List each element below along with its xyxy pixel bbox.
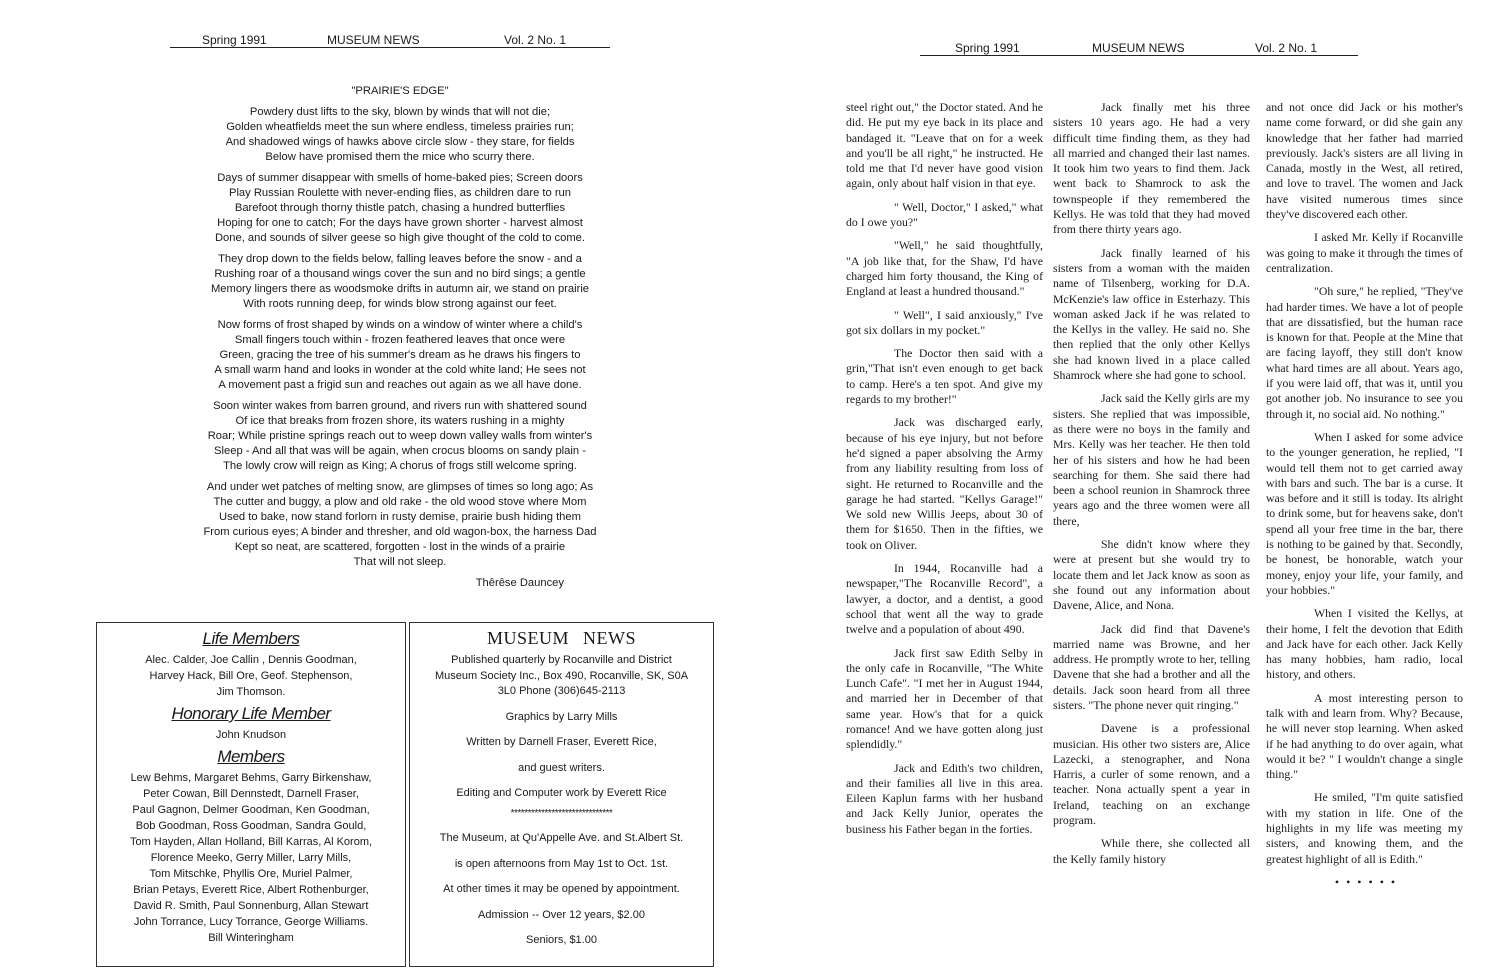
poem-line: Hoping for one to catch; For the days ha… — [150, 216, 650, 231]
article-paragraph: Jack first saw Edith Selby in the only c… — [846, 646, 1043, 753]
header-title: MUSEUM NEWS — [1092, 41, 1185, 55]
poem-line: Golden wheatfields meet the sun where en… — [150, 120, 650, 135]
masthead-title: MUSEUMNEWS — [410, 627, 713, 649]
poem-line: Done, and sounds of silver geese so high… — [150, 231, 650, 246]
article-paragraph: Jack said the Kelly girls are my sisters… — [1053, 391, 1250, 529]
poem-line: Green, gracing the tree of his summer's … — [150, 348, 650, 363]
article-paragraph: The Doctor then said with a grin,"That i… — [846, 346, 1043, 407]
article-column-2: Jack finally met his three sisters 10 ye… — [1053, 100, 1250, 875]
poem-line: Below have promised them the mice who sc… — [150, 150, 650, 165]
poem-line: That will not sleep. — [150, 555, 650, 570]
poem-stanza: Soon winter wakes from barren ground, an… — [150, 399, 650, 474]
poem-line: Barefoot through thorny thistle patch, c… — [150, 201, 650, 216]
article-paragraph: " Well, Doctor," I asked," what do I owe… — [846, 200, 1043, 231]
article-column-3: and not once did Jack or his mother's na… — [1266, 100, 1463, 890]
member-line: Brian Petays, Everett Rice, Albert Rothe… — [105, 882, 397, 898]
poem-line: A small warm hand and looks in wonder at… — [150, 363, 650, 378]
honorary-member-line: John Knudson — [105, 727, 397, 743]
member-line: Bob Goodman, Ross Goodman, Sandra Gould, — [105, 818, 397, 834]
member-line: Paul Gagnon, Delmer Goodman, Ken Goodman… — [105, 802, 397, 818]
poem-line: The lowly crow will reign as King; A cho… — [150, 459, 650, 474]
member-line: Tom Mitschke, Phyllis Ore, Muriel Palmer… — [105, 866, 397, 882]
poem-line: Kept so neat, are scattered, forgotten -… — [150, 540, 650, 555]
poem-line: Powdery dust lifts to the sky, blown by … — [150, 105, 650, 120]
masthead-title-word1: MUSEUM — [487, 628, 569, 648]
honorary-member-heading: Honorary Life Member — [97, 704, 405, 724]
publisher-line: Published quarterly by Rocanville and Di… — [414, 653, 709, 669]
poem-line: With roots running deep, for winds blow … — [150, 297, 650, 312]
article-paragraph: steel right out," the Doctor stated. And… — [846, 100, 1043, 192]
header-title: MUSEUM NEWS — [327, 33, 420, 47]
member-line: Peter Cowan, Bill Dennstedt, Darnell Fra… — [105, 786, 397, 802]
member-line: Florence Meeko, Gerry Miller, Larry Mill… — [105, 850, 397, 866]
life-member-line: Jim Thomson. — [105, 684, 397, 700]
life-member-line: Harvey Hack, Bill Ore, Geof. Stephenson, — [105, 668, 397, 684]
poem-stanza: Powdery dust lifts to the sky, blown by … — [150, 105, 650, 165]
poem-line: Memory lingers there as woodsmoke drifts… — [150, 282, 650, 297]
written-credit: Written by Darnell Fraser, Everett Rice, — [410, 735, 713, 751]
poem-line: A movement past a frigid sun and reaches… — [150, 378, 650, 393]
guest-writers: and guest writers. — [410, 761, 713, 777]
poem-stanza: Days of summer disappear with smells of … — [150, 171, 650, 246]
poem-line: Soon winter wakes from barren ground, an… — [150, 399, 650, 414]
member-line: John Torrance, Lucy Torrance, George Wil… — [105, 914, 397, 930]
poem-line: Now forms of frost shaped by winds on a … — [150, 318, 650, 333]
article-paragraph: " Well", I said anxiously," I've got six… — [846, 308, 1043, 339]
museum-appointment: At other times it may be opened by appoi… — [410, 882, 713, 898]
poem-line: The cutter and buggy, a plow and old rak… — [150, 495, 650, 510]
right-page: Spring 1991 MUSEUM NEWS Vol. 2 No. 1 ste… — [750, 0, 1500, 971]
article-paragraph: "Well," he said thoughtfully, "A job lik… — [846, 238, 1043, 299]
header-volume: Vol. 2 No. 1 — [1255, 41, 1317, 55]
poem-line: They drop down to the fields below, fall… — [150, 252, 650, 267]
life-members-heading: Life Members — [97, 629, 405, 649]
poem-line: From curious eyes; A binder and thresher… — [150, 525, 650, 540]
poem-line: Play Russian Roulette with never-ending … — [150, 186, 650, 201]
member-line: David R. Smith, Paul Sonnenburg, Allan S… — [105, 898, 397, 914]
member-line: Lew Behms, Margaret Behms, Garry Birkens… — [105, 770, 397, 786]
header-volume: Vol. 2 No. 1 — [504, 33, 566, 47]
article-paragraph: "Oh sure," he replied, "They've had hard… — [1266, 284, 1463, 422]
article-paragraph: In 1944, Rocanville had a newspaper,"The… — [846, 561, 1043, 637]
poem-line: Rushing roar of a thousand wings cover t… — [150, 267, 650, 282]
article-paragraph: He smiled, "I'm quite satisfied with my … — [1266, 790, 1463, 866]
museum-location: The Museum, at Qu'Appelle Ave. and St.Al… — [410, 831, 713, 847]
poem-line: Days of summer disappear with smells of … — [150, 171, 650, 186]
separator: ****************************** — [410, 806, 713, 822]
poem-author: Thêrêse Dauncey — [150, 576, 650, 591]
poem-line: Used to bake, now stand forlorn in rusty… — [150, 510, 650, 525]
article-paragraph: Jack was discharged early, because of hi… — [846, 415, 1043, 553]
poem-line: Sleep - And all that was will be again, … — [150, 444, 650, 459]
article-paragraph: A most interesting person to talk with a… — [1266, 691, 1463, 783]
article-column-1: steel right out," the Doctor stated. And… — [846, 100, 1043, 845]
poem: "PRAIRIE'S EDGE" Powdery dust lifts to t… — [150, 84, 650, 591]
poem-stanzas: Powdery dust lifts to the sky, blown by … — [150, 105, 650, 570]
poem-line: Of ice that breaks from frozen shore, it… — [150, 414, 650, 429]
poem-title: "PRAIRIE'S EDGE" — [150, 84, 650, 99]
honorary-members-list: John Knudson — [97, 727, 405, 743]
article-paragraph: Jack and Edith's two children, and their… — [846, 761, 1043, 837]
museum-hours: is open afternoons from May 1st to Oct. … — [410, 857, 713, 873]
article-paragraph: and not once did Jack or his mother's na… — [1266, 100, 1463, 222]
left-page: Spring 1991 MUSEUM NEWS Vol. 2 No. 1 "PR… — [0, 0, 750, 971]
article-paragraph: I asked Mr. Kelly if Rocanville was goin… — [1266, 230, 1463, 276]
masthead-box: MUSEUMNEWS Published quarterly by Rocanv… — [409, 622, 714, 967]
header-season: Spring 1991 — [955, 41, 1020, 55]
poem-line: And under wet patches of melting snow, a… — [150, 480, 650, 495]
life-member-line: Alec. Calder, Joe Callin , Dennis Goodma… — [105, 652, 397, 668]
members-heading: Members — [97, 747, 405, 767]
article-paragraph: She didn't know where they were at prese… — [1053, 537, 1250, 613]
header-season: Spring 1991 — [202, 33, 267, 47]
poem-stanza: They drop down to the fields below, fall… — [150, 252, 650, 312]
member-line: Tom Hayden, Allan Holland, Bill Karras, … — [105, 834, 397, 850]
article-paragraph: Davene is a professional musician. His o… — [1053, 721, 1250, 828]
publisher-line: Museum Society Inc., Box 490, Rocanville… — [414, 669, 709, 685]
poem-stanza: Now forms of frost shaped by winds on a … — [150, 318, 650, 393]
members-list: Lew Behms, Margaret Behms, Garry Birkens… — [97, 770, 405, 946]
admission-seniors: Seniors, $1.00 — [410, 933, 713, 949]
poem-line: Roar; While pristine springs reach out t… — [150, 429, 650, 444]
life-members-list: Alec. Calder, Joe Callin , Dennis Goodma… — [97, 652, 405, 700]
masthead-title-word2: NEWS — [583, 628, 636, 648]
publisher-line: 3L0 Phone (306)645-2113 — [414, 684, 709, 700]
members-box: Life Members Alec. Calder, Joe Callin , … — [96, 622, 406, 967]
poem-stanza: And under wet patches of melting snow, a… — [150, 480, 650, 570]
article-paragraph: Jack did find that Davene's married name… — [1053, 622, 1250, 714]
end-mark: •••••• — [1266, 875, 1463, 890]
publisher-info: Published quarterly by Rocanville and Di… — [410, 653, 713, 700]
running-header: Spring 1991 MUSEUM NEWS Vol. 2 No. 1 — [170, 33, 610, 48]
article-paragraph: While there, she collected all the Kelly… — [1053, 836, 1250, 867]
editing-credit: Editing and Computer work by Everett Ric… — [410, 786, 713, 802]
poem-line: And shadowed wings of hawks above circle… — [150, 135, 650, 150]
poem-line: Small fingers touch within - frozen feat… — [150, 333, 650, 348]
article-paragraph: When I asked for some advice to the youn… — [1266, 430, 1463, 598]
graphics-credit: Graphics by Larry Mills — [410, 710, 713, 726]
running-header: Spring 1991 MUSEUM NEWS Vol. 2 No. 1 — [920, 41, 1358, 56]
admission-adult: Admission -- Over 12 years, $2.00 — [410, 908, 713, 924]
article-paragraph: When I visited the Kellys, at their home… — [1266, 606, 1463, 682]
member-line: Bill Winteringham — [105, 930, 397, 946]
article-paragraph: Jack finally learned of his sisters from… — [1053, 246, 1250, 384]
article-paragraph: Jack finally met his three sisters 10 ye… — [1053, 100, 1250, 238]
